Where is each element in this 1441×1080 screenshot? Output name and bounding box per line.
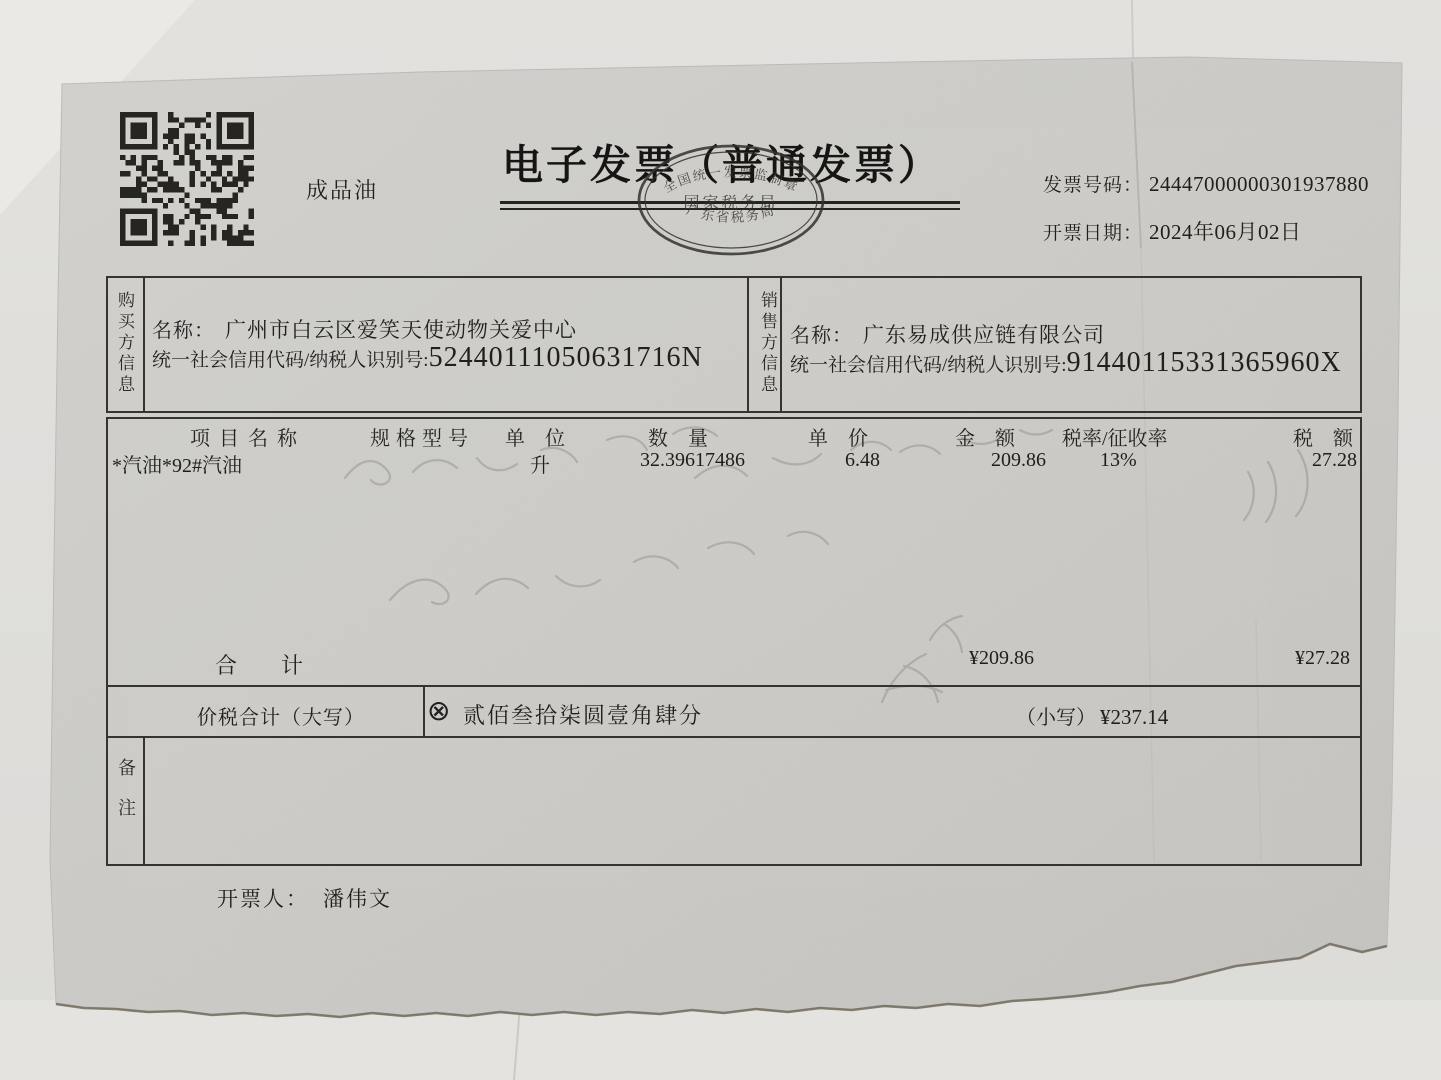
qr-code [120,112,254,246]
amount-in-words-label: 价税合计（大写） [197,701,365,730]
buyer-taxid-label: 统一社会信用代码/纳税人识别号: [152,345,429,372]
buyer-name-value: 广州市白云区爱笑天使动物关爱中心 [225,314,577,344]
party-middle-divider [747,278,749,411]
amount-in-words-value: 贰佰叁拾柒圆壹角肆分 [463,699,703,730]
item-name: *汽油*92#汽油 [112,449,242,478]
buyer-taxid-line: 统一社会信用代码/纳税人识别号: 52440111050631716N [152,342,703,374]
invoice-date-value: 2024年06月02日 [1149,216,1302,246]
item-quantity: 32.39617486 [600,449,745,472]
col-header-quantity: 数 量 [648,422,708,451]
buyer-taxid-value: 52440111050631716N [429,342,703,374]
summary-label-divider [423,685,425,738]
drawer-line: 开票人： 潘伟文 [217,883,392,913]
col-header-item-name: 项目名称 [190,422,306,451]
col-header-amount: 金 额 [955,422,1015,451]
drawer-label: 开票人： [217,883,309,913]
tax-bureau-stamp: 全国统一发票监制章 国家税务局 广东省税务局 [612,130,852,272]
amount-in-figures-label: （小写） [1016,701,1096,730]
item-unit: 升 [530,449,550,478]
invoice-number-line: 发票号码： 24447000000301937880 [1043,170,1369,197]
invoice-date-line: 开票日期： 2024年06月02日 [1043,216,1302,246]
stamp-top-arc-text: 全国统一发票监制章 [661,164,802,195]
col-header-tax-rate: 税率/征收率 [1062,422,1168,451]
buyer-label-divider [143,278,145,411]
buyer-name-label: 名称： [152,314,215,343]
item-amount: 209.86 [950,449,1046,472]
seller-name-value: 广东易成供应链有限公司 [863,319,1105,349]
summary-row-divider [108,736,1360,738]
item-unit-price: 6.48 [800,449,880,472]
background-sheet-edge-top-right [1132,0,1133,58]
drawer-name: 潘伟文 [323,883,392,913]
amount-in-figures-value: ¥237.14 [1100,705,1168,730]
invoice-number-value: 24447000000301937880 [1149,172,1369,197]
col-header-spec: 规格型号 [370,422,474,451]
currency-seal-icon: ⊗ [427,694,450,728]
total-row-label: 合 计 [215,649,303,680]
total-tax: ¥27.28 [1268,647,1350,670]
col-header-tax: 税 额 [1293,422,1353,451]
seller-label-divider [780,278,782,411]
total-row-divider [108,685,1360,687]
amount-in-figures-line: （小写） ¥237.14 [1016,701,1168,730]
total-amount: ¥209.86 [938,647,1034,670]
col-header-unit: 单 位 [505,422,565,451]
seller-taxid-value: 91440115331365960X [1067,347,1342,379]
col-header-unit-price: 单 价 [808,422,868,451]
seller-name-line: 名称： 广东易成供应链有限公司 [790,319,1105,349]
invoice-date-label: 开票日期： [1043,218,1143,245]
seller-taxid-line: 统一社会信用代码/纳税人识别号: 91440115331365960X [790,347,1342,379]
seller-taxid-label: 统一社会信用代码/纳税人识别号: [790,350,1067,377]
remarks-content [160,750,1340,850]
buyer-section-label: 购买方信息 [112,291,137,403]
buyer-name-line: 名称： 广州市白云区爱笑天使动物关爱中心 [152,314,577,344]
fuel-category-label: 成品油 [306,174,378,205]
remarks-section-label: 备注 [113,758,139,848]
seller-name-label: 名称： [790,319,853,348]
seller-section-label: 销售方信息 [755,291,780,403]
invoice-number-label: 发票号码： [1043,170,1143,197]
item-tax: 27.28 [1280,449,1357,472]
photo-of-invoice: { "header": { "category_label": "成品油", "… [0,0,1441,1080]
remarks-label-divider [143,736,145,864]
item-tax-rate: 13% [1100,449,1137,472]
